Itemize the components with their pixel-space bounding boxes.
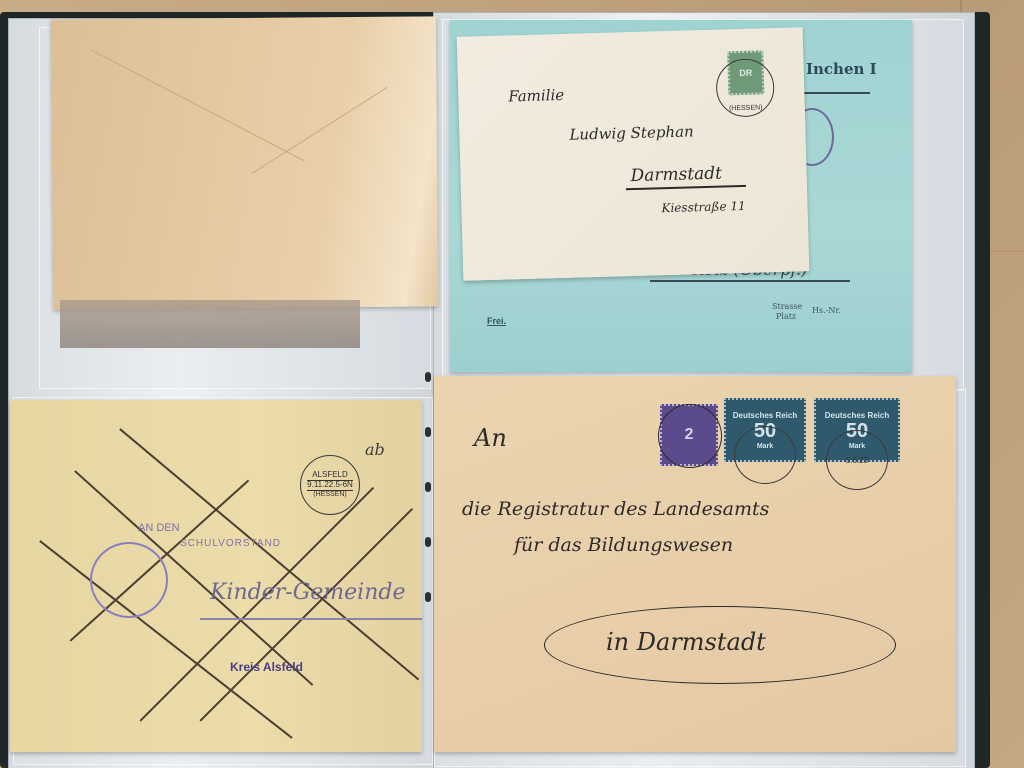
envelope-flap-fold: [252, 87, 387, 174]
postmark-circle: (HESSEN): [715, 58, 775, 118]
address-line-1: An: [474, 424, 507, 452]
crossed-out-envelope[interactable]: ALSFELD 9.11.22.5-6N (HESSEN) ab AN DEN …: [10, 400, 422, 752]
ring-binder-holes: [425, 372, 433, 712]
address-line-2: die Registratur des Landesamts: [462, 498, 769, 520]
platz-label: Platz: [776, 312, 796, 321]
strasse-label: Strasse: [772, 302, 802, 311]
stamp-kreis-alsfeld: Kreis Alsfeld: [230, 660, 303, 674]
violet-official-seal-icon: [90, 542, 168, 618]
stamped-envelope[interactable]: 2 Deutsches Reich 50 Mark Deutsches Reic…: [434, 376, 956, 752]
card-rule: [650, 280, 850, 282]
stamp-schulvorstand: SCHULVORSTAND: [180, 538, 281, 549]
postmark-circle: [658, 404, 722, 468]
hs-nr-label: Hs.-Nr.: [812, 306, 841, 315]
underlying-cover: [60, 300, 360, 348]
address-line-4: Kiesstraße 11: [661, 199, 745, 215]
envelope-back[interactable]: [51, 16, 439, 309]
address-line-2: Ludwig Stephan: [569, 122, 694, 143]
envelope-flap-fold: [91, 49, 304, 161]
stamp-an-den: AN DEN: [138, 522, 180, 534]
white-envelope[interactable]: DR (HESSEN) Familie Ludwig Stephan Darms…: [457, 27, 810, 281]
frei-label: Frei.: [487, 316, 506, 326]
card-rule: [800, 92, 870, 94]
card-header: Inchen I: [806, 60, 877, 78]
address-line-3: für das Bildungswesen: [514, 534, 733, 556]
postmark-circle: [734, 426, 796, 484]
alsfeld-postmark: ALSFELD 9.11.22.5-6N (HESSEN): [300, 455, 360, 515]
underline: [200, 618, 422, 620]
address-line-4: in Darmstadt: [606, 628, 766, 656]
pencil-annotation: ab: [365, 440, 385, 459]
address-line-1: Familie: [508, 86, 564, 106]
address-line-3: Darmstadt: [630, 164, 722, 187]
postmark-circle: 5.6.23: [826, 430, 888, 490]
handwritten-recipient: Kinder-Gemeinde: [210, 580, 405, 605]
